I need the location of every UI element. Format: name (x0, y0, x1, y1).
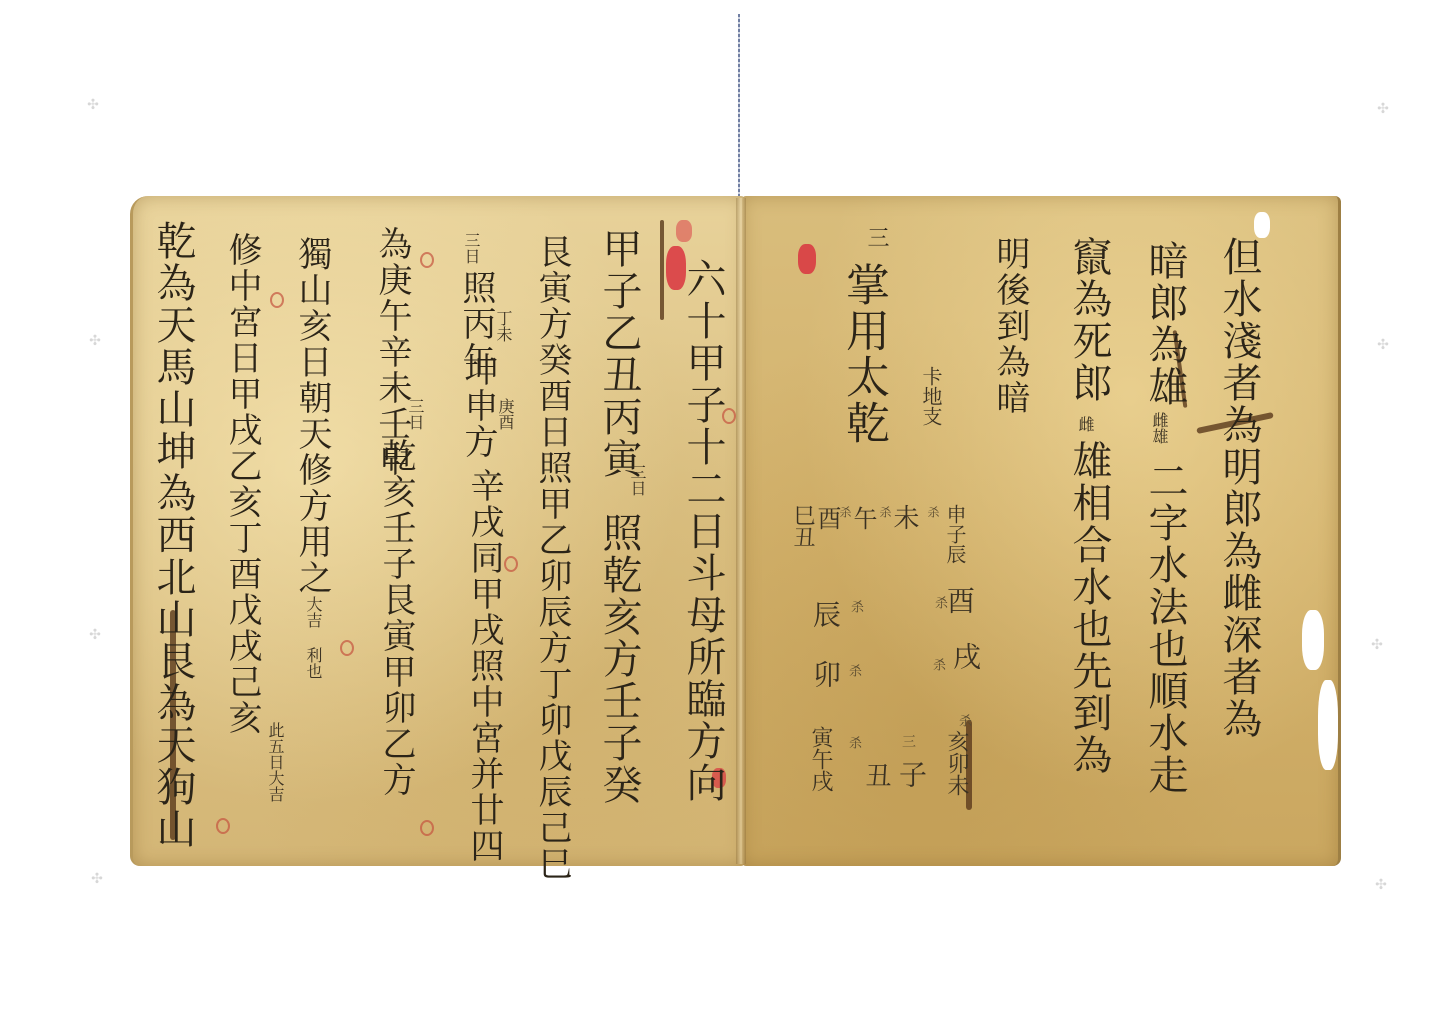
text-column: 艮寅方癸酉日照甲乙卯辰方丁卯戊辰己巳 (532, 234, 572, 882)
text-column: 甲子乙丑丙寅 (596, 228, 642, 480)
annotation: 三日 (406, 398, 424, 430)
scan-registration-mark: ✣ (1376, 100, 1390, 118)
text-column: 照乾亥方壬子癸 (596, 512, 642, 806)
diagram-label: 巳丑 (790, 504, 814, 548)
paper-hole (1254, 212, 1270, 238)
red-punctuation-dot (270, 292, 284, 308)
binding-fold-line (738, 14, 740, 204)
text-column: 二字水法也順水走 (1142, 460, 1188, 796)
paper-hole (1318, 680, 1338, 770)
diagram-mark: 杀 (878, 506, 892, 518)
diagram-label: 戌 (950, 642, 980, 670)
annotation: 此五日大吉 (266, 722, 284, 802)
diagram-mark: 杀 (930, 658, 944, 671)
annotation: 庚酉 (496, 398, 514, 430)
section-title: 掌用太乾 (840, 262, 886, 446)
text-column: 乾為天馬山坤為西北山艮為天狗山 (150, 220, 196, 850)
heading-side-note: 卡地支 (920, 366, 942, 426)
text-column: 明後到為暗 (990, 236, 1030, 416)
text-column: 獨山亥日朝天修方用之 (292, 236, 332, 596)
diagram-label: 丑 (862, 762, 890, 788)
text-column: 乾亥壬子艮寅甲卯乙方 (376, 438, 416, 798)
annotation: 雌 (1076, 416, 1094, 432)
diagram-label: 辰 (810, 600, 840, 628)
scan-registration-mark: ✣ (1376, 336, 1390, 354)
scan-registration-mark: ✣ (88, 626, 102, 644)
diagram-label: 未 (890, 504, 918, 530)
scan-registration-mark: ✣ (1374, 876, 1388, 894)
text-column: 六十甲子十二日斗母所臨方向 (680, 258, 726, 804)
diagram-label: 酉 (944, 586, 974, 614)
diagram-label: 子 (896, 760, 926, 788)
text-column: 辛戌同甲戌照中宮并廿四 (464, 468, 504, 864)
diagram-mark: 杀 (932, 596, 946, 609)
diagram-mark: 杀 (848, 600, 862, 613)
red-punctuation-dot (420, 252, 434, 268)
annotation: 大吉 利也 (304, 596, 322, 636)
red-punctuation-dot (504, 556, 518, 572)
red-punctuation-dot (420, 820, 434, 836)
scan-registration-mark: ✣ (88, 332, 102, 350)
text-column: 修中宮日甲戌乙亥丁酉戊戌己亥 (222, 232, 262, 736)
diagram-mark: 杀 (926, 506, 940, 518)
red-seal-mark (798, 244, 816, 274)
diagram-mark: 杀 (846, 664, 860, 677)
diagram-label: 寅午戌 (808, 726, 832, 792)
diagram-mark: 杀 (846, 736, 860, 749)
annotation: 三日 (462, 232, 480, 264)
red-seal-mark (676, 220, 692, 242)
red-punctuation-dot (216, 818, 230, 834)
text-column: 雄相合水也先到為 (1066, 440, 1112, 776)
paper-crack (660, 220, 664, 320)
text-column: 但水淺者為明郎為雌深者為 (1216, 236, 1262, 740)
diagram-mark: 杀 (956, 714, 970, 727)
text-column: 竄為死郎 (1066, 236, 1112, 404)
diagram-label: 午 (850, 506, 876, 530)
diagram-label: 亥卯未 (944, 730, 968, 796)
annotation: 三日 (628, 464, 646, 496)
scan-registration-mark: ✣ (1370, 636, 1384, 654)
book-gutter (736, 198, 746, 864)
text-column: 暗郎為雄 (1142, 240, 1188, 408)
annotation: 丁未 (494, 310, 512, 342)
red-punctuation-dot (340, 640, 354, 656)
paper-hole (1302, 610, 1324, 670)
section-number: 三 (856, 226, 896, 250)
scan-registration-mark: ✣ (90, 870, 104, 888)
diagram-mark: 三 (900, 734, 916, 748)
annotation: 雌雄 (1150, 412, 1168, 444)
diagram-label: 卯 (810, 660, 840, 688)
diagram-label: 酉 (814, 506, 840, 530)
scan-registration-mark: ✣ (86, 96, 100, 114)
text-column: 坤申方 (458, 352, 498, 460)
diagram-mark: 杀 (838, 506, 852, 518)
diagram-label: 申子辰 (944, 504, 966, 564)
